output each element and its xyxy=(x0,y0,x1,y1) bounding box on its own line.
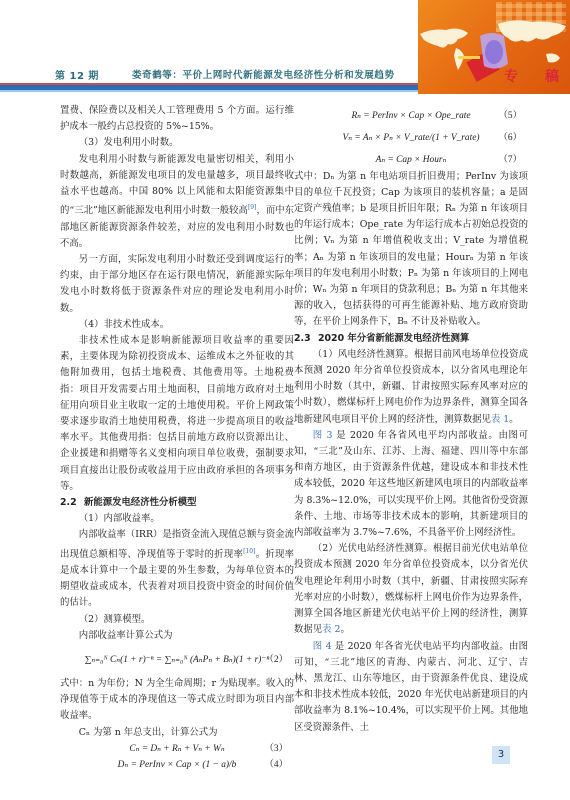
badge-char-2: 稿 xyxy=(545,66,559,86)
subsection-heading: （2）测算模型。 xyxy=(60,612,294,628)
equation-text: Rₙ = PerInv × Cap × Ope_rate xyxy=(351,111,470,121)
section-number: 2.2 xyxy=(60,495,84,511)
equation-7: Aₙ = Cap × Hourₙ（7） xyxy=(294,152,528,168)
subsection-heading: （4）非技术性成本。 xyxy=(60,317,294,333)
figure-reference-link[interactable]: 图 3 xyxy=(313,430,333,441)
table-reference-link[interactable]: 表 1 xyxy=(491,414,509,425)
paragraph-text: 是 2020 年各省光伏电站平均内部收益。由图可知，“三北”地区的青海、内蒙古、… xyxy=(294,641,528,733)
issue-number: 第 12 期 xyxy=(55,67,99,82)
right-column: Rₙ = PerInv × Cap × Ope_rate（5） Vₙ = Aₙ … xyxy=(294,106,528,736)
equation-text: Cₙ = Dₙ + Rₙ + Vₙ + Wₙ xyxy=(129,744,224,754)
equation-number: （7） xyxy=(499,152,522,168)
paragraph: 内部收益率（IRR）是指资金流入现值总额与资金流出现值总额相等、净现值等于零时的… xyxy=(60,527,294,611)
equation-number: （5） xyxy=(499,108,522,124)
section-title: 新能源发电经济性分析模型 xyxy=(84,497,197,508)
header-rule-light xyxy=(0,90,420,92)
equation-text: Aₙ = Cap × Hourₙ xyxy=(376,155,447,165)
equation-6: Vₙ = Aₙ × Pₙ × V_rate/(1 + V_rate)（6） xyxy=(294,130,528,146)
table-reference-link[interactable]: 表 2 xyxy=(322,624,340,635)
equation-4: Dₙ = PerInv × Cap × (1 − a)/b（4） xyxy=(60,757,294,773)
page-number: 3 xyxy=(492,746,510,764)
paragraph: 发电利用小时数与新能源发电量密切相关，利用小时数越高，新能源发电项目的发电量越多… xyxy=(60,152,294,252)
figure-reference-link[interactable]: 图 4 xyxy=(313,641,332,652)
left-column: 置费、保险费以及相关人工管理费用 5 个方面。运行维护成本一般约占总投资的 5%… xyxy=(60,103,294,773)
paragraph-text: 是 2020 年各省风电平均内部收益。由图可知，“三北”及山东、江苏、上海、福建… xyxy=(294,430,528,538)
section-number: 2.3 xyxy=(294,331,318,347)
section-heading: 2.2新能源发电经济性分析模型 xyxy=(60,495,294,511)
paragraph: 置费、保险费以及相关人工管理费用 5 个方面。运行维护成本一般约占总投资的 5%… xyxy=(60,103,294,135)
paragraph: 图 3 是 2020 年各省风电平均内部收益。由图可知，“三北”及山东、江苏、上… xyxy=(294,428,528,541)
paragraph: 图 4 是 2020 年各省光伏电站平均内部收益。由图可知，“三北”地区的青海、… xyxy=(294,639,528,736)
paragraph: 非技术性成本是影响新能源项目收益率的重要因素，主要体现为除初投资成本、运维成本之… xyxy=(60,333,294,495)
subsection-heading: （1）内部收益率。 xyxy=(60,511,294,527)
citation-link[interactable]: [10] xyxy=(243,548,255,555)
paragraph-text: （2）光伏电站经济性测算。根据目前光伏电站单位投资成本预测 2020 年分省单位… xyxy=(294,543,528,635)
paragraph: Cₙ 为第 n 年总支出，计算公式为 xyxy=(60,725,294,741)
equation-3: Cₙ = Dₙ + Rₙ + Vₙ + Wₙ（3） xyxy=(60,741,294,757)
equation-number: （3） xyxy=(265,741,288,757)
paragraph: （1）风电经济性测算。根据目前风电场单位投资成本预测 2020 年分省单位投资成… xyxy=(294,347,528,428)
equation-text: Dₙ = PerInv × Cap × (1 − a)/b xyxy=(118,760,237,770)
paragraph: 内部收益率计算公式为 xyxy=(60,628,294,644)
equation-number: （2） xyxy=(265,644,288,676)
paragraph: 另一方面，实际发电利用小时数还受到调度运行的约束，由于部分地区存在运行限电情况，… xyxy=(60,252,294,317)
running-title: 娄奇鹤等：平价上网时代新能源发电经济性分析和发展趋势 xyxy=(132,67,395,81)
section-title: 2020 年分省新能源发电经济性测算 xyxy=(318,333,469,344)
equation-text: ∑ₙ₌₀ᴺ Cₙ(1 + r)⁻ⁿ = ∑ₙ₌₀ᴺ (AₙPₙ + Bₙ)(1 … xyxy=(85,655,270,665)
equation-text: Vₙ = Aₙ × Pₙ × V_rate/(1 + V_rate) xyxy=(342,133,479,143)
column-badge-image: 专 稿 xyxy=(418,0,570,94)
subsection-heading: （3）发电利用小时数。 xyxy=(60,135,294,151)
equation-5: Rₙ = PerInv × Cap × Ope_rate（5） xyxy=(294,108,528,124)
paragraph: 式中：n 为年份；N 为全生命周期；r 为贴现率。收入的净现值等于成本的净现值这… xyxy=(60,676,294,725)
badge-char-1: 专 xyxy=(504,66,518,86)
equation-2: ∑ₙ₌₀ᴺ Cₙ(1 + r)⁻ⁿ = ∑ₙ₌₀ᴺ (AₙPₙ + Bₙ)(1 … xyxy=(60,644,294,676)
paragraph: 式中：Dₙ 为第 n 年电站项目折旧费用；PerInv 为该项目的单位千瓦投资；… xyxy=(294,169,528,331)
equation-number: （4） xyxy=(265,757,288,773)
paragraph-text: 。 xyxy=(340,624,349,635)
paragraph-text: 。 xyxy=(509,414,518,425)
equation-number: （6） xyxy=(499,130,522,146)
paragraph: （2）光伏电站经济性测算。根据目前光伏电站单位投资成本预测 2020 年分省单位… xyxy=(294,541,528,638)
page-header: 第 12 期 娄奇鹤等：平价上网时代新能源发电经济性分析和发展趋势 专 稿 xyxy=(0,0,570,96)
section-heading: 2.32020 年分省新能源发电经济性测算 xyxy=(294,331,528,347)
